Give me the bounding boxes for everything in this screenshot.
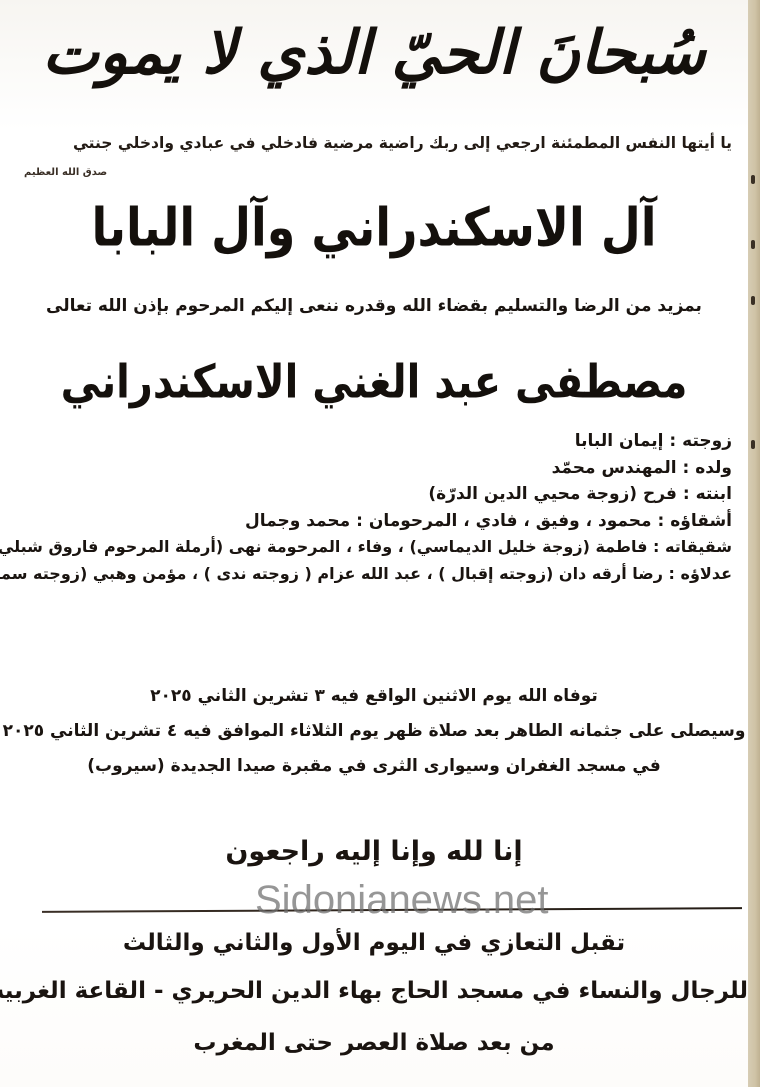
obituary-paper: سُبحانَ الحيّ الذي لا يموت يا أيتها النف… (0, 0, 748, 1087)
relative-row-brothers: أشقاؤه : محمود ، وفيق ، فادي ، المرحومان… (0, 508, 732, 535)
relative-row-in-laws: عدلاؤه : رضا أرقه دان (زوجته إقبال ) ، ع… (0, 561, 732, 588)
relative-value: محمود ، وفيق ، فادي ، المرحومان : محمد و… (245, 511, 652, 531)
relative-label: ابنته (696, 484, 732, 504)
relative-value: المهندس محمّد (552, 458, 677, 478)
deceased-name: مصطفى عبد الغني الاسكندراني (0, 356, 748, 409)
condolences-line-1: تقبل التعازي في اليوم الأول والثاني والث… (0, 930, 748, 956)
death-notice: توفاه الله يوم الاثنين الواقع فيه ٣ تشري… (0, 686, 748, 706)
relative-row-wife: زوجته : إيمان البابا (0, 428, 732, 455)
relative-row-son: ولده : المهندس محمّد (0, 455, 732, 482)
relative-value: فاطمة (زوجة خليل الديماسي) ، وفاء ، المر… (0, 537, 647, 556)
relative-label: أشقاؤه (670, 511, 732, 531)
edge-mark (751, 440, 755, 449)
paper-edge (748, 0, 760, 1087)
edge-mark (751, 296, 755, 305)
relative-value: فرح (زوجة محيي الدين الدرّة) (428, 484, 677, 504)
relative-label: عدلاؤه (681, 564, 732, 583)
relative-row-daughter: ابنته : فرح (زوجة محيي الدين الدرّة) (0, 481, 732, 508)
condolences-line-3: من بعد صلاة العصر حتى المغرب (0, 1030, 748, 1056)
edge-mark (751, 175, 755, 184)
funeral-prayer: وسيصلى على جثمانه الطاهر بعد صلاة ظهر يو… (0, 721, 748, 741)
quran-verse: يا أيتها النفس المطمئنة ارجعي إلى ربك را… (73, 134, 732, 152)
announcement: بمزيد من الرضا والتسليم بقضاء الله وقدره… (0, 296, 748, 316)
edge-mark (751, 240, 755, 249)
istirja-phrase: إنا لله وإنا إليه راجعون (0, 836, 748, 867)
relative-label: ولده (695, 458, 732, 478)
relatives-list: زوجته : إيمان البابا ولده : المهندس محمّ… (0, 428, 732, 587)
relative-row-sisters: شقيقاته : فاطمة (زوجة خليل الديماسي) ، و… (0, 534, 732, 561)
relative-value: إيمان البابا (575, 431, 664, 451)
relative-label: زوجته (682, 431, 732, 451)
verse-source: صدق الله العظيم (24, 167, 107, 178)
watermark: Sidonianews.net (255, 878, 549, 923)
condolences-line-2: للرجال والنساء في مسجد الحاج بهاء الدين … (0, 978, 748, 1004)
burial-info: في مسجد الغفران وسيوارى الثرى في مقبرة ص… (0, 756, 748, 776)
relative-value: رضا أرقه دان (زوجته إقبال ) ، عبد الله ع… (0, 564, 663, 583)
header-calligraphy: سُبحانَ الحيّ الذي لا يموت (0, 18, 748, 88)
relative-label: شقيقاته (665, 537, 732, 556)
families-title: آل الاسكندراني وآل البابا (0, 196, 748, 258)
